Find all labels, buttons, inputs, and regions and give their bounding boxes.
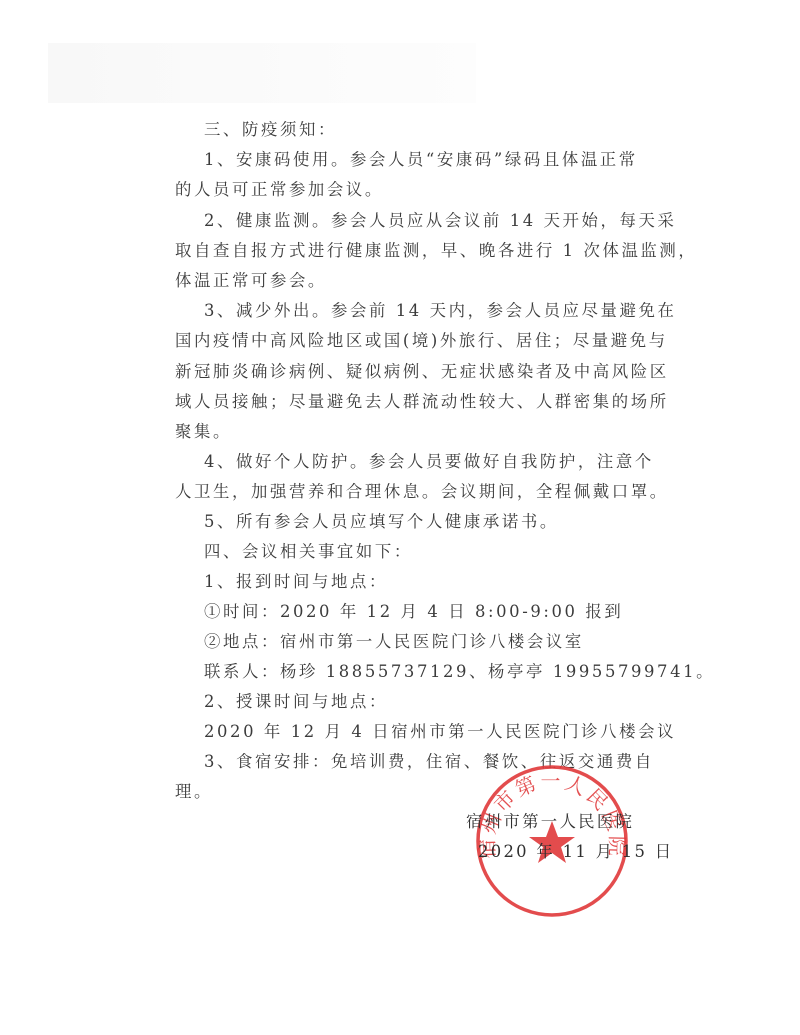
paragraph-line: 2、健康监测。参会人员应从会议前 14 天开始，每天采 [204, 206, 674, 236]
paragraph-line: 体温正常可参会。 [175, 266, 645, 296]
faded-header-residue [48, 43, 476, 103]
paragraph-line: 3、减少外出。参会前 14 天内，参会人员应尽量避免在 [204, 296, 674, 326]
paragraph-line: 域人员接触；尽量避免去人群流动性较大、人群密集的场所 [175, 387, 645, 417]
paragraph-line: 1、安康码使用。参会人员“安康码”绿码且体温正常 [204, 145, 674, 175]
paragraph-line: ②地点：宿州市第一人民医院门诊八楼会议室 [204, 627, 674, 657]
section-heading-meeting-matters: 四、会议相关事宜如下： [204, 537, 674, 567]
paragraph-line: 2020 年 12 月 4 日宿州市第一人民医院门诊八楼会议 [204, 717, 674, 747]
paragraph-line: 2、授课时间与地点： [204, 687, 674, 717]
paragraph-line: 的人员可正常参加会议。 [175, 175, 645, 205]
signature-organization: 宿州市第一人民医院 [466, 808, 634, 832]
paragraph-line: 4、做好个人防护。参会人员要做好自我防护，注意个 [204, 447, 674, 477]
paragraph-line: 聚集。 [175, 417, 645, 447]
paragraph-line: 5、所有参会人员应填写个人健康承诺书。 [204, 507, 674, 537]
document-page: 三、防疫须知： 1、安康码使用。参会人员“安康码”绿码且体温正常 的人员可正常参… [0, 0, 800, 1035]
paragraph-line: 新冠肺炎确诊病例、疑似病例、无症状感染者及中高风险区 [175, 357, 645, 387]
paragraph-line: 国内疫情中高风险地区或国(境)外旅行、居住；尽量避免与 [175, 326, 645, 356]
contact-line: 联系人：杨珍 18855737129、杨亭亭 19955799741。 [204, 657, 674, 687]
paragraph-line: 人卫生，加强营养和合理休息。会议期间，全程佩戴口罩。 [175, 477, 645, 507]
paragraph-line: 1、报到时间与地点： [204, 567, 674, 597]
paragraph-line: 取自查自报方式进行健康监测，早、晚各进行 1 次体温监测， [175, 236, 645, 266]
section-heading-epidemic-notice: 三、防疫须知： [204, 115, 674, 145]
signature-date: 2020 年 11 月 15 日 [478, 838, 673, 862]
paragraph-line: ①时间：2020 年 12 月 4 日 8:00-9:00 报到 [204, 597, 674, 627]
